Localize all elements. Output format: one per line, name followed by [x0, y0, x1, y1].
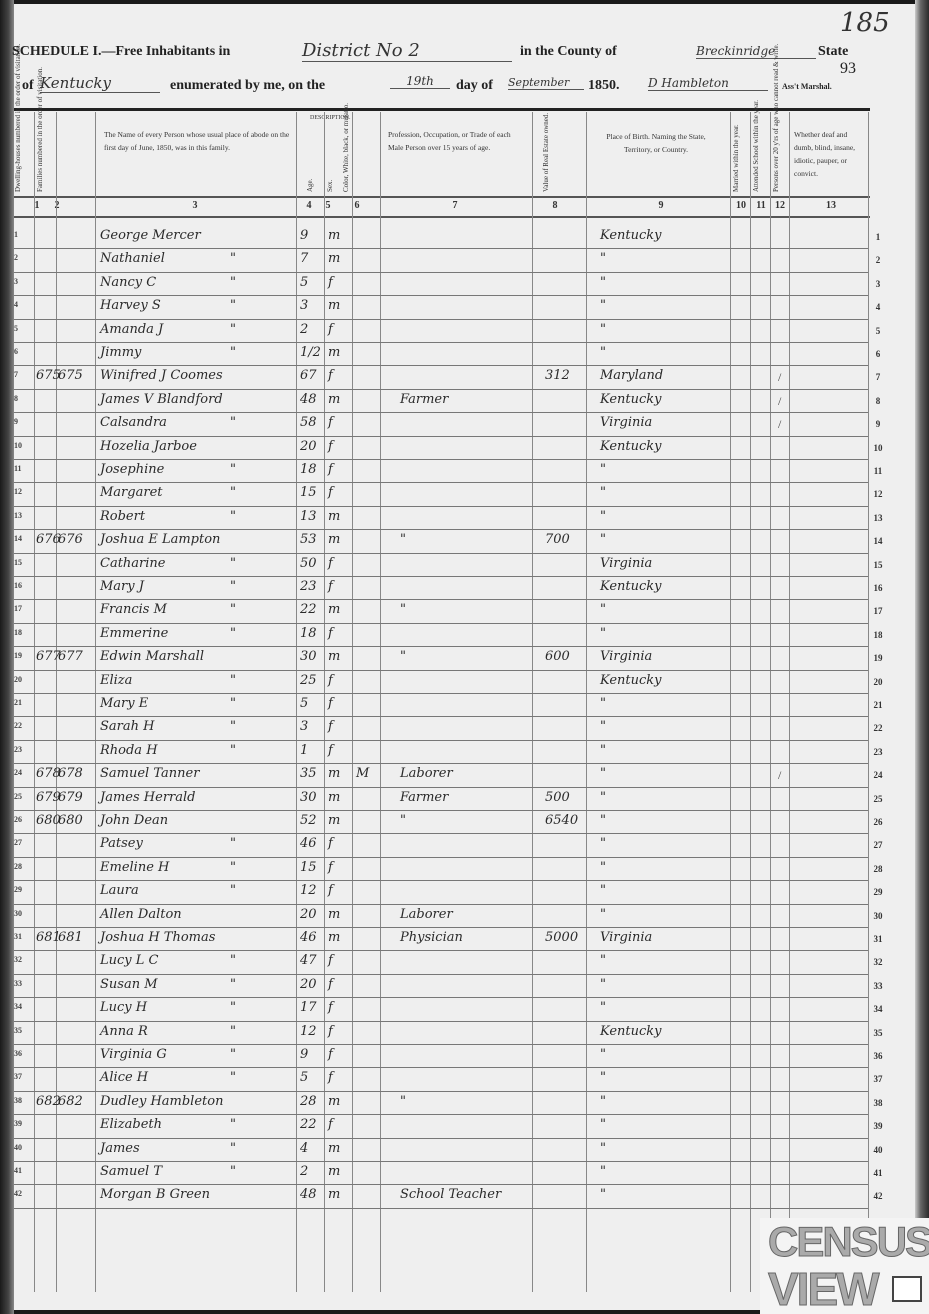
ditto-mark: ": [230, 415, 236, 430]
person-name: Emeline H: [100, 860, 169, 875]
age: 15: [300, 860, 317, 875]
sex: f: [328, 836, 333, 851]
age: 4: [300, 1141, 308, 1156]
age: 1: [300, 743, 308, 758]
ditto-mark: ": [230, 743, 236, 758]
colnum-7: 7: [440, 200, 470, 211]
sex: m: [328, 649, 340, 664]
age: 5: [300, 1070, 308, 1085]
sex: f: [328, 883, 333, 898]
col6-header: Color, White, black, or mulatto.: [342, 122, 350, 192]
colnum-9: 9: [646, 200, 676, 211]
right-line-number: 35: [866, 1028, 890, 1038]
person-name: Lucy H: [100, 1000, 147, 1015]
sex: m: [328, 790, 340, 805]
sex: m: [328, 298, 340, 313]
line-number: 2: [14, 253, 18, 262]
real-estate-value: 500: [545, 790, 570, 805]
age: 12: [300, 1024, 317, 1039]
line-number: 7: [14, 370, 18, 379]
occupation: Laborer: [400, 907, 453, 922]
person-name: Edwin Marshall: [100, 649, 204, 664]
state-label: State: [818, 44, 848, 60]
sex: m: [328, 532, 340, 547]
age: 2: [300, 1164, 308, 1179]
right-line-number: 4: [866, 302, 890, 312]
schedule-title: SCHEDULE I.—Free Inhabitants in: [12, 44, 230, 60]
birthplace: ": [600, 1070, 606, 1085]
person-name: Mary J: [100, 579, 144, 594]
right-line-number: 36: [866, 1051, 890, 1061]
col10-header: Married within the year.: [732, 116, 740, 192]
state-value: Kentucky: [40, 74, 160, 93]
occupation: ": [400, 532, 406, 547]
person-name: Samuel Tanner: [100, 766, 199, 781]
year-value: 1850.: [588, 78, 620, 94]
header-rule: [14, 108, 870, 111]
age: 18: [300, 626, 317, 641]
table-row: 22Sarah H"3f"22: [0, 717, 929, 740]
line-number: 1: [14, 230, 18, 239]
occupation: ": [400, 1094, 406, 1109]
table-row: 28Emeline H"15f"28: [0, 858, 929, 881]
right-line-number: 15: [866, 560, 890, 570]
table-row: 1George Mercer9mKentucky1: [0, 226, 929, 249]
col5-header: Sex.: [326, 180, 334, 192]
table-row: 20Eliza"25fKentucky20: [0, 671, 929, 694]
birthplace: ": [600, 953, 606, 968]
age: 50: [300, 556, 317, 571]
family-number: 680: [58, 813, 83, 828]
person-name: Dudley Hambleton: [100, 1094, 223, 1109]
person-name: Joshua H Thomas: [100, 930, 215, 945]
occupation: Laborer: [400, 766, 453, 781]
ditto-mark: ": [230, 1164, 236, 1179]
family-number: 678: [58, 766, 83, 781]
birthplace: ": [600, 1187, 606, 1202]
sex: m: [328, 813, 340, 828]
ditto-mark: ": [230, 251, 236, 266]
age: 67: [300, 368, 317, 383]
sex: f: [328, 368, 333, 383]
person-name: Margaret: [100, 485, 162, 500]
age: 20: [300, 439, 317, 454]
line-number: 17: [14, 604, 22, 613]
sex: m: [328, 930, 340, 945]
sex: f: [328, 462, 333, 477]
person-name: Robert: [100, 509, 145, 524]
age: 3: [300, 298, 308, 313]
right-line-number: 26: [866, 817, 890, 827]
sex: m: [328, 766, 340, 781]
col11-header: Attended School within the year.: [752, 116, 760, 192]
line-number: 25: [14, 792, 22, 801]
right-line-number: 9: [866, 419, 890, 429]
age: 23: [300, 579, 317, 594]
sex: m: [328, 1141, 340, 1156]
person-name: Nancy C: [100, 275, 156, 290]
person-name: Alice H: [100, 1070, 148, 1085]
age: 30: [300, 649, 317, 664]
person-name: Rhoda H: [100, 743, 158, 758]
age: 28: [300, 1094, 317, 1109]
table-row: 11Josephine"18f"11: [0, 460, 929, 483]
age: 47: [300, 953, 317, 968]
right-line-number: 21: [866, 700, 890, 710]
line-number: 8: [14, 394, 18, 403]
ditto-mark: ": [230, 953, 236, 968]
sex: f: [328, 415, 333, 430]
line-number: 37: [14, 1072, 22, 1081]
right-line-number: 20: [866, 677, 890, 687]
birthplace: ": [600, 485, 606, 500]
age: 9: [300, 228, 308, 243]
occupation: ": [400, 813, 406, 828]
table-row: 23Rhoda H"1f"23: [0, 741, 929, 764]
table-row: 33Susan M"20f"33: [0, 975, 929, 998]
table-row: 40James"4m"40: [0, 1139, 929, 1162]
right-line-number: 41: [866, 1168, 890, 1178]
ditto-mark: ": [230, 883, 236, 898]
right-line-number: 39: [866, 1121, 890, 1131]
person-name: Calsandra: [100, 415, 167, 430]
table-row: 34Lucy H"17f"34: [0, 998, 929, 1021]
line-number: 13: [14, 511, 22, 520]
sex: f: [328, 626, 333, 641]
sex: m: [328, 1164, 340, 1179]
marshal-name: D Hambleton: [648, 76, 768, 91]
table-row: 7675675Winifred J Coomes67f312Maryland/7: [0, 366, 929, 389]
birthplace: ": [600, 532, 606, 547]
table-row: 24678678Samuel Tanner35mMLaborer"/24: [0, 764, 929, 787]
age: 25: [300, 673, 317, 688]
line-number: 21: [14, 698, 22, 707]
line-number: 33: [14, 979, 22, 988]
right-line-number: 3: [866, 279, 890, 289]
person-name: John Dean: [100, 813, 168, 828]
occupation: Physician: [400, 930, 463, 945]
right-line-number: 11: [866, 466, 890, 476]
right-line-number: 32: [866, 957, 890, 967]
day-label: day of: [456, 78, 493, 94]
age: 53: [300, 532, 317, 547]
age: 22: [300, 602, 317, 617]
birthplace: ": [600, 298, 606, 313]
number-row-rule: [14, 216, 870, 218]
sex: f: [328, 673, 333, 688]
county-label: in the County of: [520, 44, 617, 60]
table-row: 26680680John Dean52m"6540"26: [0, 811, 929, 834]
table-row: 41Samuel T"2m"41: [0, 1162, 929, 1185]
occupation: School Teacher: [400, 1187, 501, 1202]
right-line-number: 17: [866, 606, 890, 616]
sex: f: [328, 322, 333, 337]
month-value: September: [508, 76, 584, 90]
table-row: 27Patsey"46f"27: [0, 834, 929, 857]
age: 20: [300, 907, 317, 922]
table-row: 6Jimmy"1/2m"6: [0, 343, 929, 366]
age: 18: [300, 462, 317, 477]
age: 17: [300, 1000, 317, 1015]
family-number: 675: [58, 368, 83, 383]
ditto-mark: ": [230, 1000, 236, 1015]
age: 22: [300, 1117, 317, 1132]
right-line-number: 38: [866, 1098, 890, 1108]
line-number: 23: [14, 745, 22, 754]
ditto-mark: ": [230, 1070, 236, 1085]
line-number: 40: [14, 1143, 22, 1152]
col4-header: Age.: [306, 179, 314, 192]
table-row: 8James V Blandford48mFarmerKentucky/8: [0, 390, 929, 413]
line-number: 35: [14, 1026, 22, 1035]
real-estate-value: 600: [545, 649, 570, 664]
table-row: 3Nancy C"5f"3: [0, 273, 929, 296]
ditto-mark: ": [230, 579, 236, 594]
district-value: District No 2: [302, 40, 512, 62]
age: 9: [300, 1047, 308, 1062]
table-row: 37Alice H"5f"37: [0, 1068, 929, 1091]
table-row: 39Elizabeth"22f"39: [0, 1115, 929, 1138]
sex: m: [328, 345, 340, 360]
sex: f: [328, 953, 333, 968]
colnum-5: 5: [313, 200, 343, 211]
line-number: 5: [14, 324, 18, 333]
column-header-rule: [14, 196, 870, 198]
table-row: 13Robert"13m"13: [0, 507, 929, 530]
line-number: 4: [14, 300, 18, 309]
cannot-read-write-mark: /: [778, 394, 781, 409]
right-line-number: 14: [866, 536, 890, 546]
line-number: 42: [14, 1189, 22, 1198]
sex: f: [328, 439, 333, 454]
line-number: 6: [14, 347, 18, 356]
sex: f: [328, 977, 333, 992]
age: 13: [300, 509, 317, 524]
right-line-number: 24: [866, 770, 890, 780]
birthplace: ": [600, 602, 606, 617]
real-estate-value: 5000: [545, 930, 578, 945]
birthplace: ": [600, 719, 606, 734]
sex: m: [328, 907, 340, 922]
ditto-mark: ": [230, 626, 236, 641]
table-row: 42Morgan B Green48mSchool Teacher"42: [0, 1185, 929, 1208]
right-line-number: 2: [866, 255, 890, 265]
ditto-mark: ": [230, 1047, 236, 1062]
ditto-mark: ": [230, 298, 236, 313]
table-row: 19677677Edwin Marshall30m"600Virginia19: [0, 647, 929, 670]
col13-header: Whether deaf and dumb, blind, insane, id…: [794, 128, 868, 180]
age: 7: [300, 251, 308, 266]
sex: f: [328, 1117, 333, 1132]
birthplace: ": [600, 860, 606, 875]
age: 46: [300, 930, 317, 945]
occupation: Farmer: [400, 392, 448, 407]
birthplace: ": [600, 766, 606, 781]
occupation: Farmer: [400, 790, 448, 805]
right-line-number: 28: [866, 864, 890, 874]
ditto-mark: ": [230, 1141, 236, 1156]
ditto-mark: ": [230, 602, 236, 617]
age: 30: [300, 790, 317, 805]
person-name: Elizabeth: [100, 1117, 162, 1132]
birthplace: ": [600, 1164, 606, 1179]
col9-header: Place of Birth. Naming the State, Territ…: [596, 130, 716, 156]
sex: f: [328, 1000, 333, 1015]
colnum-6: 6: [342, 200, 372, 211]
right-line-number: 8: [866, 396, 890, 406]
family-number: 681: [58, 930, 83, 945]
censusview-watermark: CENSUS VIEW: [760, 1218, 929, 1314]
line-number: 28: [14, 862, 22, 871]
person-name: Amanda J: [100, 322, 163, 337]
line-number: 26: [14, 815, 22, 824]
table-row: 9Calsandra"58fVirginia/9: [0, 413, 929, 436]
line-number: 22: [14, 721, 22, 730]
person-name: Josephine: [100, 462, 164, 477]
ditto-mark: ": [230, 275, 236, 290]
marshal-label: Ass't Marshal.: [782, 82, 832, 91]
right-line-number: 30: [866, 911, 890, 921]
age: 1/2: [300, 345, 321, 360]
birthplace: ": [600, 790, 606, 805]
line-number: 15: [14, 558, 22, 567]
age: 48: [300, 1187, 317, 1202]
line-number: 19: [14, 651, 22, 660]
birthplace: ": [600, 836, 606, 851]
sex: m: [328, 392, 340, 407]
ditto-mark: ": [230, 556, 236, 571]
age: 46: [300, 836, 317, 851]
age: 20: [300, 977, 317, 992]
table-row: 35Anna R"12fKentucky35: [0, 1022, 929, 1045]
ditto-mark: ": [230, 345, 236, 360]
color: M: [356, 766, 369, 781]
birthplace: ": [600, 322, 606, 337]
age: 5: [300, 275, 308, 290]
watermark-line2: VIEW: [768, 1262, 878, 1314]
birthplace: ": [600, 275, 606, 290]
county-value: Breckinridge: [696, 44, 816, 59]
sex: f: [328, 860, 333, 875]
age: 2: [300, 322, 308, 337]
of-label: of: [22, 78, 34, 94]
line-number: 14: [14, 534, 22, 543]
table-row: 38682682Dudley Hambleton28m""38: [0, 1092, 929, 1115]
person-name: James V Blandford: [100, 392, 223, 407]
right-line-number: 37: [866, 1074, 890, 1084]
table-row: 21Mary E"5f"21: [0, 694, 929, 717]
sex: f: [328, 743, 333, 758]
birthplace: ": [600, 1000, 606, 1015]
birthplace: Kentucky: [600, 392, 662, 407]
right-line-number: 10: [866, 443, 890, 453]
line-number: 9: [14, 417, 18, 426]
sex: m: [328, 1094, 340, 1109]
real-estate-value: 6540: [545, 813, 578, 828]
table-row: 18Emmerine"18f"18: [0, 624, 929, 647]
age: 3: [300, 719, 308, 734]
person-name: Mary E: [100, 696, 148, 711]
printed-page-number: 93: [840, 60, 856, 78]
line-number: 41: [14, 1166, 22, 1175]
age: 58: [300, 415, 317, 430]
right-line-number: 40: [866, 1145, 890, 1155]
birthplace: Kentucky: [600, 228, 662, 243]
birthplace: ": [600, 345, 606, 360]
real-estate-value: 312: [545, 368, 570, 383]
sex: f: [328, 556, 333, 571]
person-name: George Mercer: [100, 228, 201, 243]
age: 48: [300, 392, 317, 407]
row-rule: [14, 1208, 868, 1209]
birthplace: ": [600, 462, 606, 477]
birthplace: ": [600, 251, 606, 266]
person-name: Lucy L C: [100, 953, 158, 968]
sex: m: [328, 602, 340, 617]
line-number: 10: [14, 441, 22, 450]
line-number: 3: [14, 277, 18, 286]
person-name: Catharine: [100, 556, 165, 571]
birthplace: ": [600, 696, 606, 711]
sex: f: [328, 1047, 333, 1062]
table-row: 4Harvey S"3m"4: [0, 296, 929, 319]
right-line-number: 13: [866, 513, 890, 523]
sex: f: [328, 485, 333, 500]
right-line-number: 5: [866, 326, 890, 336]
family-number: 676: [58, 532, 83, 547]
age: 5: [300, 696, 308, 711]
line-number: 12: [14, 487, 22, 496]
colnum-2: 2: [42, 200, 72, 211]
cannot-read-write-mark: /: [778, 370, 781, 385]
birthplace: Maryland: [600, 368, 663, 383]
right-line-number: 33: [866, 981, 890, 991]
right-line-number: 25: [866, 794, 890, 804]
sex: f: [328, 719, 333, 734]
right-line-number: 22: [866, 723, 890, 733]
ditto-mark: ": [230, 1117, 236, 1132]
cannot-read-write-mark: /: [778, 768, 781, 783]
ditto-mark: ": [230, 462, 236, 477]
right-line-number: 1: [866, 232, 890, 242]
sex: f: [328, 1024, 333, 1039]
col7-header: Profession, Occupation, or Trade of each…: [388, 128, 520, 154]
occupation: ": [400, 649, 406, 664]
computer-monitor-icon: [892, 1276, 922, 1302]
line-number: 24: [14, 768, 22, 777]
birthplace: ": [600, 1094, 606, 1109]
ditto-mark: ": [230, 673, 236, 688]
birthplace: ": [600, 883, 606, 898]
right-line-number: 27: [866, 840, 890, 850]
table-row: 32Lucy L C"47f"32: [0, 951, 929, 974]
sex: m: [328, 1187, 340, 1202]
birthplace: Virginia: [600, 930, 652, 945]
age: 35: [300, 766, 317, 781]
ditto-mark: ": [230, 719, 236, 734]
age: 15: [300, 485, 317, 500]
right-line-number: 18: [866, 630, 890, 640]
birthplace: ": [600, 907, 606, 922]
line-number: 27: [14, 838, 22, 847]
ditto-mark: ": [230, 1024, 236, 1039]
line-number: 11: [14, 464, 22, 473]
ditto-mark: ": [230, 322, 236, 337]
person-name: Nathaniel: [100, 251, 165, 266]
birthplace: ": [600, 813, 606, 828]
family-number: 677: [58, 649, 83, 664]
colnum-13: 13: [816, 200, 846, 211]
